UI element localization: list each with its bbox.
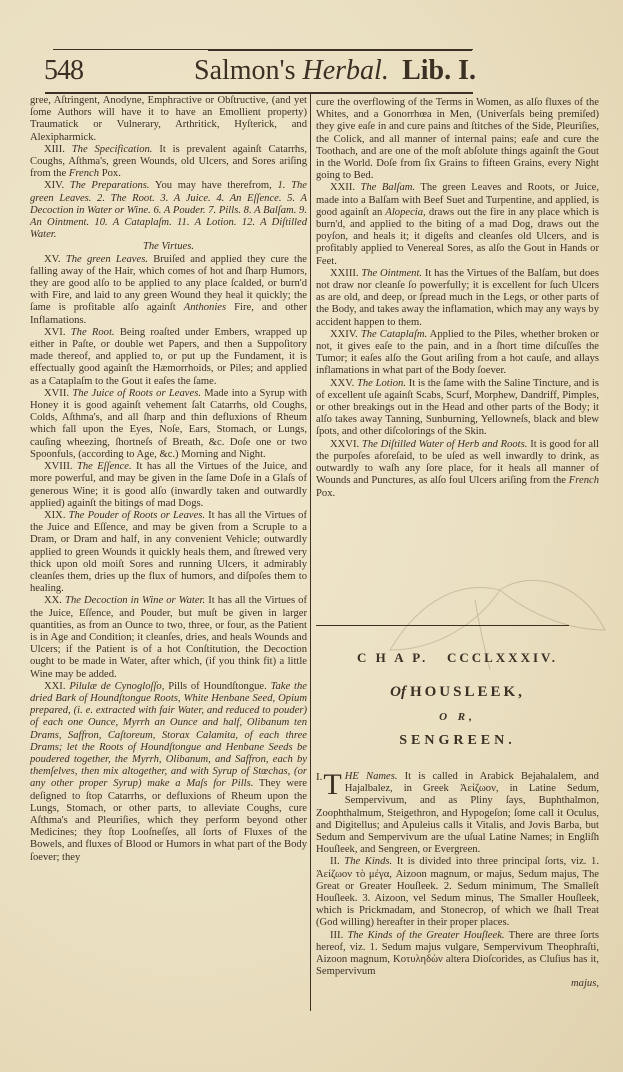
paragraph-pills: XXI. Pilulæ de Cynogloſſo, Pills of Houn… — [30, 681, 307, 864]
section-heading: The Diſtilled Water of Herb and Roots. — [362, 439, 527, 450]
italic-word: Alopecia, — [385, 207, 425, 218]
section-heading: The Ointment. — [361, 268, 422, 279]
paragraph-essence: XVIII. The Eſſence. It has all the Virtu… — [30, 461, 307, 510]
paragraph-green-leaves: XV. The green Leaves. Bruiſed and applie… — [30, 254, 307, 327]
section-number: XXI. — [44, 681, 65, 692]
paragraph-juice: XVII. The Juice of Roots or Leaves. Made… — [30, 388, 307, 461]
chapter-number: CCCLXXXIV. — [447, 650, 558, 665]
book-title: Salmon's Herbal. — [194, 55, 389, 87]
italic-word: French — [569, 475, 599, 486]
book-number: Lib. I. — [402, 55, 476, 87]
section-heading: The Kinds of the Greater Houſleek. — [347, 930, 504, 941]
section-number: XXV. — [330, 378, 354, 389]
section-text: Pox. — [316, 488, 335, 499]
paragraph-ointment: XXIII. The Ointment. It has the Virtues … — [316, 268, 599, 329]
paragraph-cataplasm: XXIV. The Cataplaſm. Applied to the Pile… — [316, 329, 599, 378]
section-number: III. — [330, 930, 343, 941]
section-text: It has all the Virtues of the Juice, Eſſ… — [30, 595, 307, 679]
section-number: XIII. — [44, 144, 65, 155]
paragraph-preparations: XIV. The Preparations. You may have ther… — [30, 180, 307, 241]
section-heading: The green Leaves. — [66, 254, 148, 265]
section-text: Pills of Houndſtongue. — [168, 681, 267, 692]
book-page: 548 Salmon's Herbal. Lib. I. gree, Aſtri… — [0, 0, 623, 1072]
drop-cap: T — [323, 772, 341, 798]
book-title-author: Salmon's — [194, 55, 296, 86]
section-number: XVII. — [44, 388, 69, 399]
paragraph: cure the overflowing of the Terms in Wom… — [316, 97, 599, 182]
section-heading: The Lotion. — [357, 378, 406, 389]
header-bottom-rule — [45, 92, 473, 94]
paragraph-root: XVI. The Root. Being roaſted under Ember… — [30, 327, 307, 388]
chapter-separator-rule — [316, 625, 569, 626]
section-heading: The Juice of Roots or Leaves. — [72, 388, 201, 399]
chapter-title-or: O R, — [316, 711, 599, 723]
section-text: Pox. — [102, 168, 121, 179]
paragraph-decoction: XX. The Decoction in Wine or Water. It h… — [30, 595, 307, 680]
header-top-rule-2 — [208, 50, 472, 51]
section-number: XX. — [44, 595, 62, 606]
paragraph-lotion: XXV. The Lotion. It is the ſame with the… — [316, 378, 599, 439]
section-number: XV. — [44, 254, 61, 265]
paragraph-pouder: XIX. The Pouder of Roots or Leaves. It h… — [30, 510, 307, 595]
section-heading: HE Names. — [345, 771, 398, 782]
section-heading: Pilulæ de Cynogloſſo, — [69, 681, 164, 692]
paragraph-kinds: II. The Kinds. It is divided into three … — [316, 856, 599, 929]
left-column: gree, Aſtringent, Anodyne, Emphractive o… — [30, 95, 307, 864]
chapter-title-of: Of — [390, 684, 406, 700]
section-text: You may have therefrom, — [155, 180, 272, 191]
book-title-work: Herbal. — [303, 55, 389, 86]
page-number: 548 — [44, 55, 83, 87]
subheading-virtues: The Virtues. — [30, 241, 307, 253]
section-number: II. — [330, 856, 340, 867]
right-column: cure the overflowing of the Terms in Wom… — [316, 97, 599, 500]
chapter-title-alt-name: SENGREEN. — [316, 733, 599, 749]
section-heading: The Eſſence. — [77, 461, 132, 472]
chapter-number-line: C H A P. CCCLXXXIV. — [316, 650, 599, 666]
section-text: Applied to the Piles, whether broken or … — [316, 329, 599, 377]
section-heading: The Pouder of Roots or Leaves. — [69, 510, 205, 521]
section-heading: The Decoction in Wine or Water. — [65, 595, 205, 606]
paragraph-specification: XIII. The Specification. It is prevalent… — [30, 144, 307, 181]
chapter-body: I. T HE Names. It is called in Arabick B… — [316, 771, 599, 991]
section-heading: The Kinds. — [344, 856, 392, 867]
section-number: XVIII. — [44, 461, 73, 472]
paragraph-distilled-water: XXVI. The Diſtilled Water of Herb and Ro… — [316, 439, 599, 500]
italic-word: French — [69, 168, 99, 179]
paragraph-balsam: XXII. The Balſam. The green Leaves and R… — [316, 182, 599, 267]
chapter-label: C H A P. — [357, 650, 428, 665]
chapter-title-name: HOUSLEEK, — [410, 684, 525, 700]
section-text: It has the Virtues of the Balſam, but do… — [316, 268, 599, 328]
recipe-text: Take the dried Bark of Houndſtongue Root… — [30, 681, 307, 790]
section-number: XXII. — [330, 182, 355, 193]
section-number: XIV. — [44, 180, 64, 191]
section-number: XXVI. — [330, 439, 359, 450]
section-number: I. — [316, 771, 322, 783]
running-header: 548 Salmon's Herbal. Lib. I. — [44, 55, 476, 91]
section-text: They were deſigned to ſtop Catarrhs, or … — [30, 778, 307, 862]
column-divider — [310, 93, 311, 1011]
section-number: XXIII. — [330, 268, 359, 279]
paragraph: gree, Aſtringent, Anodyne, Emphractive o… — [30, 95, 307, 144]
section-heading: The Root. — [71, 327, 115, 338]
chapter-heading: C H A P. CCCLXXXIV. OfHOUSLEEK, O R, SEN… — [316, 650, 599, 749]
section-heading: The Cataplaſm. — [361, 329, 427, 340]
paragraph-kinds-greater: III. The Kinds of the Greater Houſleek. … — [316, 930, 599, 979]
section-text: It is called in Arabick Bejahalalem, and… — [316, 771, 599, 855]
section-heading: The Specification. — [72, 144, 153, 155]
italic-word: Anthonies — [184, 302, 226, 313]
paragraph-names: I. T HE Names. It is called in Arabick B… — [316, 771, 599, 856]
chapter-title-line: OfHOUSLEEK, — [316, 684, 599, 701]
section-text: It has all the Virtues of the Juice and … — [30, 510, 307, 594]
catchword: majus, — [316, 978, 599, 990]
section-heading: The Preparations. — [70, 180, 150, 191]
section-number: XIX. — [44, 510, 65, 521]
section-number: XVI. — [44, 327, 65, 338]
section-number: XXIV. — [330, 329, 358, 340]
section-heading: The Balſam. — [360, 182, 415, 193]
